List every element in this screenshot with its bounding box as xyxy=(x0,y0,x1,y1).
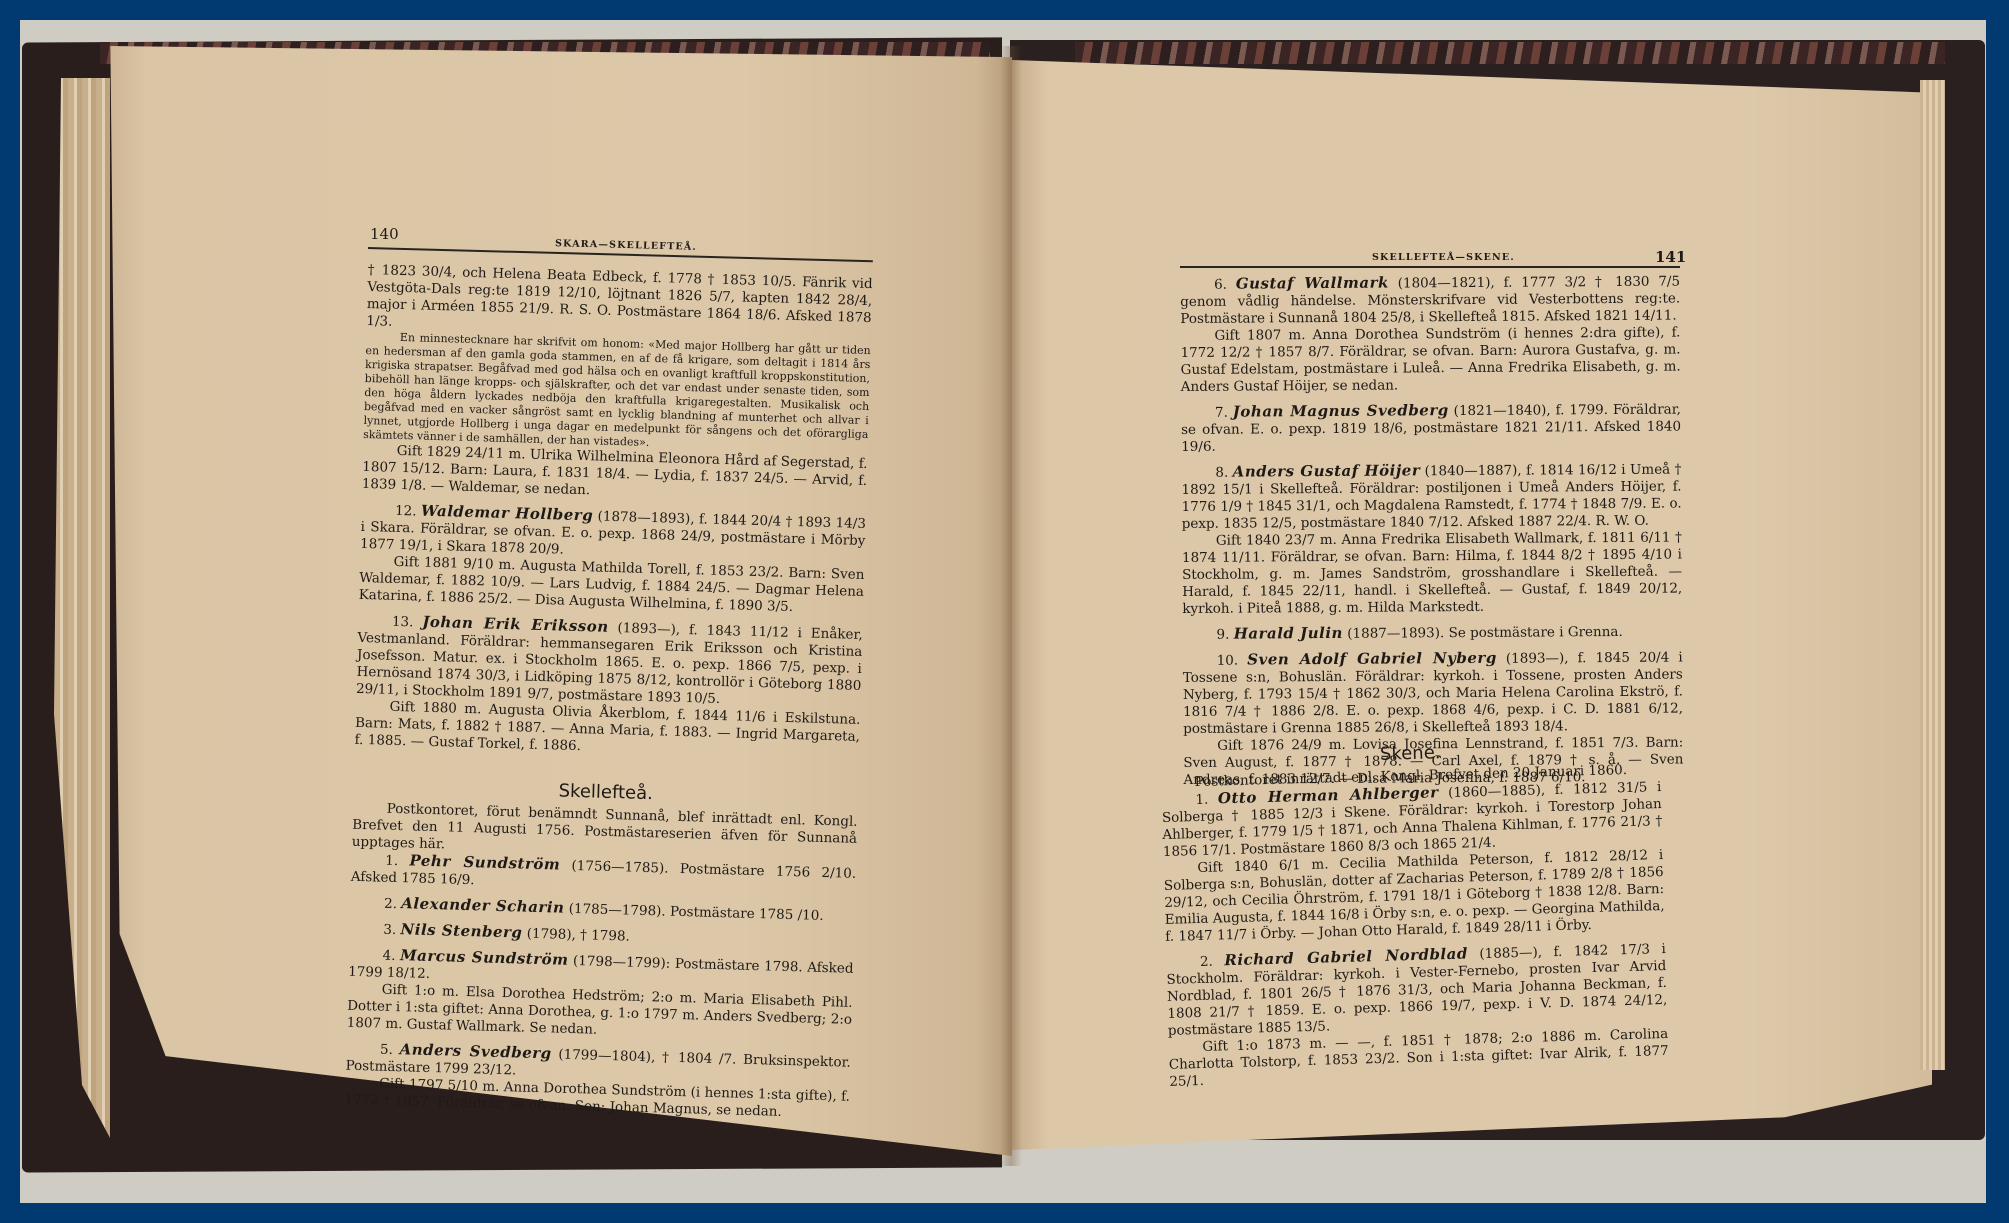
entry: 8. Anders Gustaf Höijer (1840—1887), f. … xyxy=(1181,461,1681,533)
entry: 7. Johan Magnus Svedberg (1821—1840), f.… xyxy=(1181,401,1681,456)
entry-text: (1893—), f. 1843 11/12 i Enåker, Vestman… xyxy=(356,620,863,707)
marbled-endpaper-right xyxy=(1075,42,1945,64)
entry: 10. Sven Adolf Gabriel Nyberg (1893—), f… xyxy=(1183,649,1684,738)
entry: 13. Johan Erik Eriksson (1893—), f. 1843… xyxy=(356,612,863,712)
entry-gift: Gift 1840 23/7 m. Anna Fredrika Elisabet… xyxy=(1182,530,1683,618)
page-number-right: 141 xyxy=(1655,248,1686,266)
right-page-body: 6. Gustaf Wallmark (1804—1821), f. 1777 … xyxy=(1180,273,1684,797)
running-head-right: SKELLEFTEÅ—SKENE. xyxy=(1372,252,1515,263)
entry-name: Johan Magnus Svedberg xyxy=(1233,401,1449,421)
left-entries-list: 12. Waldemar Hollberg (1878—1893), f. 18… xyxy=(354,501,866,771)
entry-number: 4. xyxy=(382,948,395,964)
right-entries-list: 6. Gustaf Wallmark (1804—1821), f. 1777 … xyxy=(1180,273,1684,797)
entry: 6. Gustaf Wallmark (1804—1821), f. 1777 … xyxy=(1180,273,1680,328)
entry-number: 13. xyxy=(392,614,414,631)
book-gutter xyxy=(1000,46,1022,1166)
entry: 2. Richard Gabriel Nordblad (1885—), f. … xyxy=(1166,940,1668,1040)
entry-text: (1887—1893). Se postmästare i Grenna. xyxy=(1347,624,1623,642)
entry-text: (1798), † 1798. xyxy=(526,926,630,945)
entry-name: Alexander Scharin xyxy=(401,894,565,917)
entry-number: 6. xyxy=(1214,277,1227,293)
header-rule-right xyxy=(1180,266,1680,268)
entry-name: Harald Julin xyxy=(1234,624,1343,643)
entry-name: Gustaf Wallmark xyxy=(1236,274,1389,293)
entry-name: Sven Adolf Gabriel Nyberg xyxy=(1247,649,1497,669)
entry-number: 2. xyxy=(384,896,397,912)
entry-number: 9. xyxy=(1216,627,1229,643)
skelleftea-entries-list: 1. Pehr Sundström (1756—1785). Postmästa… xyxy=(344,851,856,1131)
page-number-left: 140 xyxy=(370,225,399,243)
entry-number: 5. xyxy=(380,1042,393,1058)
entry-number: 7. xyxy=(1215,405,1228,421)
entry-gift: Gift 1807 m. Anna Dorothea Sundström (i … xyxy=(1180,325,1680,396)
entry-number: 8. xyxy=(1215,465,1228,481)
entry-gift: Gift 1840 6/1 m. Cecilia Mathilda Peters… xyxy=(1163,847,1665,946)
entry-number: 10. xyxy=(1217,653,1239,669)
memorial-quote: En minnestecknare har skrifvit om honom:… xyxy=(363,330,871,456)
entry-number: 1. xyxy=(1195,792,1208,808)
entry-name: Anders Gustaf Höijer xyxy=(1233,461,1421,480)
entry-number: 1. xyxy=(385,853,398,869)
right-page-lower: Skene. Postkontoret inrättadt enl. Kongl… xyxy=(1160,734,1670,1099)
entry-number: 3. xyxy=(383,922,396,938)
entry: 9. Harald Julin (1887—1893). Se postmäst… xyxy=(1182,623,1682,644)
left-page-body: † 1823 30/4, och Helena Beata Edbeck, f.… xyxy=(344,262,873,1131)
entry-name: Nils Stenberg xyxy=(400,920,522,941)
page-edges-right xyxy=(1920,80,1945,1070)
entry-number: 12. xyxy=(395,503,417,520)
skene-entries-list: 1. Otto Herman Ahlberger (1860—1885), f.… xyxy=(1161,778,1669,1099)
entry-number: 2. xyxy=(1200,954,1213,970)
